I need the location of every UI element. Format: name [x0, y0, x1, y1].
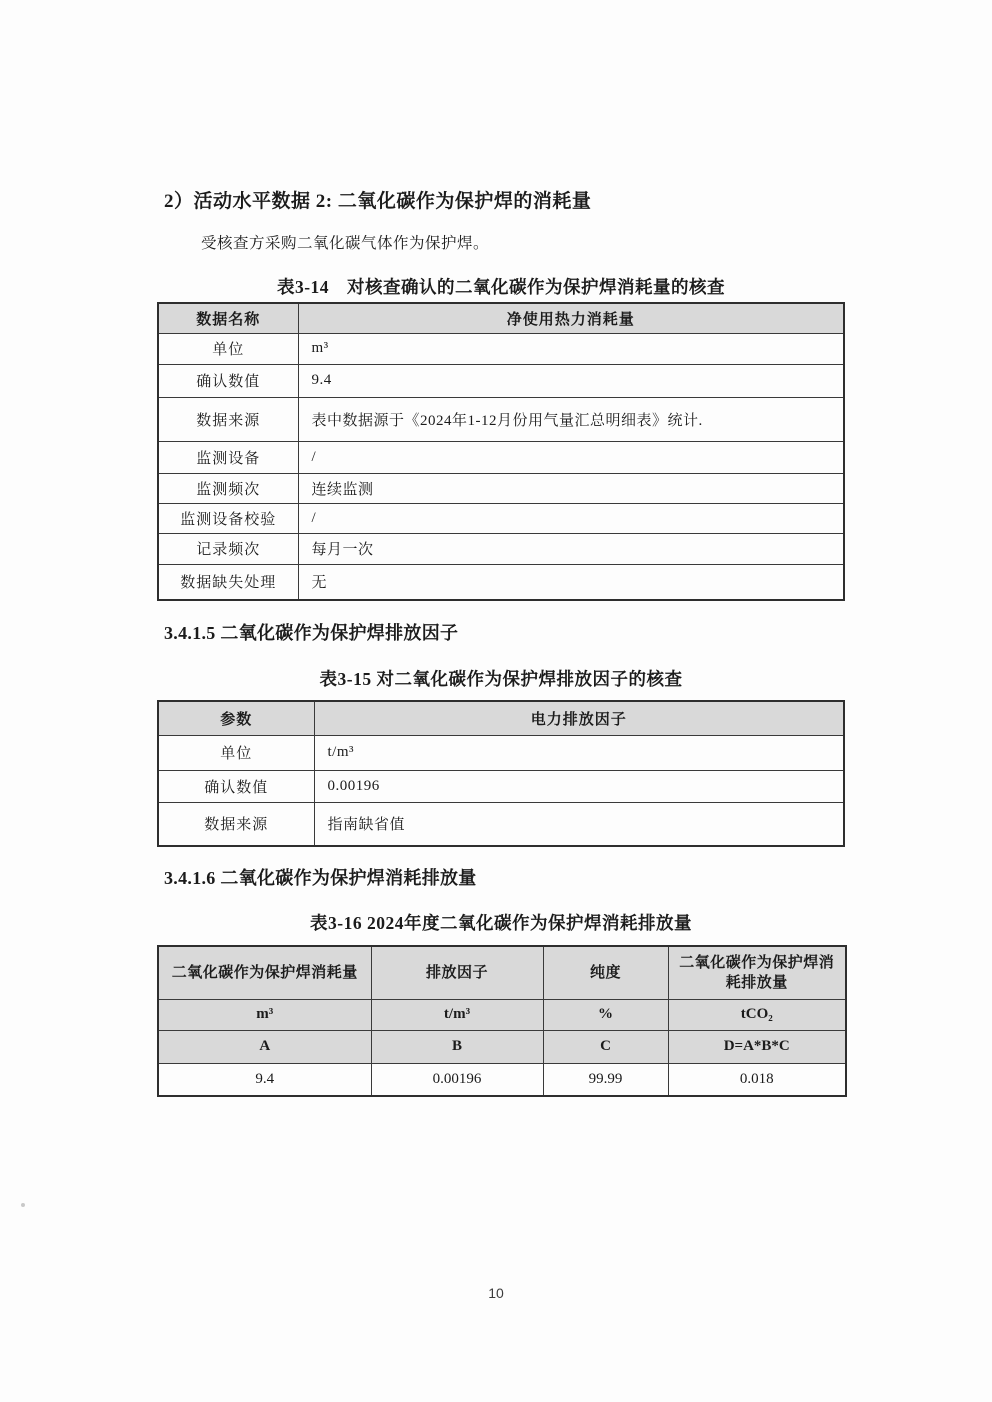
- unit-cell: %: [543, 999, 668, 1030]
- row-label: 数据来源: [158, 397, 298, 441]
- row-value: 连续监测: [298, 473, 844, 503]
- section-heading-3-4-1-5: 3.4.1.5 二氧化碳作为保护焊排放因子: [164, 619, 458, 645]
- section-heading-3-4-1-6: 3.4.1.6 二氧化碳作为保护焊消耗排放量: [164, 864, 477, 890]
- row-value: m³: [298, 333, 844, 364]
- row-value: 9.4: [298, 364, 844, 397]
- table-3-15-title: 表3-15 对二氧化碳作为保护焊排放因子的核查: [157, 666, 845, 691]
- symbol-cell: D=A*B*C: [668, 1030, 846, 1063]
- symbol-cell: A: [158, 1030, 371, 1063]
- row-value: 无: [298, 564, 844, 600]
- row-value: 指南缺省值: [314, 802, 844, 846]
- row-label: 监测频次: [158, 473, 298, 503]
- row-value: 表中数据源于《2024年1-12月份用气量汇总明细表》统计.: [298, 397, 844, 441]
- table-row: 监测设备 /: [158, 441, 844, 473]
- row-value: /: [298, 441, 844, 473]
- table-row: 数据缺失处理 无: [158, 564, 844, 600]
- table-3-14-title: 表3-14 对核查确认的二氧化碳作为保护焊消耗量的核查: [157, 274, 845, 299]
- row-value: /: [298, 503, 844, 533]
- table-3-14: 数据名称 净使用热力消耗量 单位 m³ 确认数值 9.4 数据来源 表中数据源于…: [157, 302, 845, 601]
- table-3-14-header-row: 数据名称 净使用热力消耗量: [158, 303, 844, 333]
- row-label: 监测设备: [158, 441, 298, 473]
- table-3-16-header-row: 二氧化碳作为保护焊消耗量 排放因子 纯度 二氧化碳作为保护焊消耗排放量: [158, 946, 846, 999]
- row-value: t/m³: [314, 735, 844, 770]
- table-row: 单位 m³: [158, 333, 844, 364]
- value-cell: 99.99: [543, 1063, 668, 1096]
- table-3-16: 二氧化碳作为保护焊消耗量 排放因子 纯度 二氧化碳作为保护焊消耗排放量 m³ t…: [157, 945, 847, 1097]
- table-row: 数据来源 指南缺省值: [158, 802, 844, 846]
- table-header-cell: 净使用热力消耗量: [298, 303, 844, 333]
- row-label: 监测设备校验: [158, 503, 298, 533]
- value-cell: 0.00196: [371, 1063, 543, 1096]
- row-label: 数据缺失处理: [158, 564, 298, 600]
- row-label: 记录频次: [158, 533, 298, 564]
- row-label: 确认数值: [158, 770, 314, 802]
- document-page: 2）活动水平数据 2: 二氧化碳作为保护焊的消耗量 受核查方采购二氧化碳气体作为…: [0, 0, 992, 1402]
- table-row: 数据来源 表中数据源于《2024年1-12月份用气量汇总明细表》统计.: [158, 397, 844, 441]
- table-3-16-units-row: m³ t/m³ % tCO₂: [158, 999, 846, 1030]
- symbol-cell: C: [543, 1030, 668, 1063]
- table-row: 监测频次 连续监测: [158, 473, 844, 503]
- table-header-cell: 排放因子: [371, 946, 543, 999]
- activity-data-heading: 2）活动水平数据 2: 二氧化碳作为保护焊的消耗量: [164, 186, 591, 213]
- table-3-16-title: 表3-16 2024年度二氧化碳作为保护焊消耗排放量: [157, 910, 845, 935]
- table-3-15-header-row: 参数 电力排放因子: [158, 701, 844, 735]
- unit-cell: t/m³: [371, 999, 543, 1030]
- row-label: 单位: [158, 735, 314, 770]
- table-3-16-symbols-row: A B C D=A*B*C: [158, 1030, 846, 1063]
- table-row: 记录频次 每月一次: [158, 533, 844, 564]
- value-cell: 0.018: [668, 1063, 846, 1096]
- table-row: 确认数值 9.4: [158, 364, 844, 397]
- scan-artifact-speck: [21, 1203, 25, 1207]
- row-value: 每月一次: [298, 533, 844, 564]
- unit-cell: m³: [158, 999, 371, 1030]
- table-header-cell: 纯度: [543, 946, 668, 999]
- table-3-16-values-row: 9.4 0.00196 99.99 0.018: [158, 1063, 846, 1096]
- symbol-cell: B: [371, 1030, 543, 1063]
- table-header-cell: 数据名称: [158, 303, 298, 333]
- unit-cell: tCO₂: [668, 999, 846, 1030]
- row-value: 0.00196: [314, 770, 844, 802]
- row-label: 数据来源: [158, 802, 314, 846]
- intro-paragraph: 受核查方采购二氧化碳气体作为保护焊。: [201, 231, 489, 253]
- table-header-cell: 二氧化碳作为保护焊消耗量: [158, 946, 371, 999]
- table-row: 单位 t/m³: [158, 735, 844, 770]
- table-header-cell: 电力排放因子: [314, 701, 844, 735]
- page-number: 10: [0, 1285, 992, 1301]
- row-label: 确认数值: [158, 364, 298, 397]
- value-cell: 9.4: [158, 1063, 371, 1096]
- table-3-15: 参数 电力排放因子 单位 t/m³ 确认数值 0.00196 数据来源 指南缺省…: [157, 700, 845, 847]
- table-header-cell: 二氧化碳作为保护焊消耗排放量: [668, 946, 846, 999]
- table-header-cell: 参数: [158, 701, 314, 735]
- table-row: 监测设备校验 /: [158, 503, 844, 533]
- row-label: 单位: [158, 333, 298, 364]
- table-row: 确认数值 0.00196: [158, 770, 844, 802]
